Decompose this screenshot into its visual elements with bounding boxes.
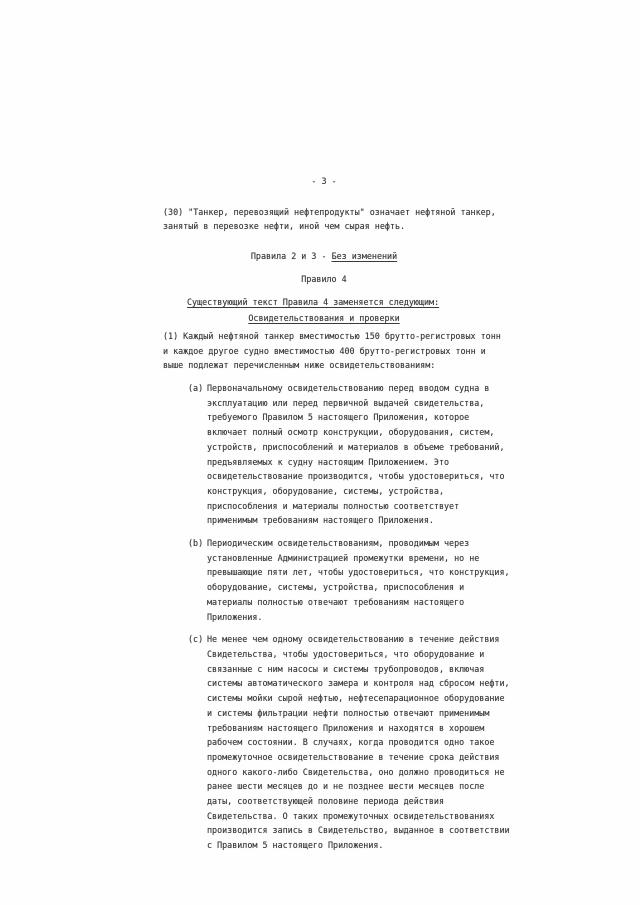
heading-rule-4: Правило 4 [163,272,485,287]
paragraph-definition-30: (30)"Танкер, перевозящий нефтепродукты" … [163,205,510,234]
paragraph-1-text: Каждый нефтяной танкер вместимостью 150 … [163,331,501,370]
heading-rules-2-3-no-changes: Без изменений [332,251,398,261]
subparagraph-a-text: Первоначальному освидетельствованию пере… [207,381,510,528]
subparagraph-c: (c) Не менее чем одному освидетельствова… [188,632,510,853]
page-number: - 3 - [163,174,485,189]
page-content: - 3 - (30)"Танкер, перевозящий нефтепрод… [163,0,510,853]
document-page: - 3 - (30)"Танкер, перевозящий нефтепрод… [0,0,640,905]
subparagraph-list: (a) Первоначальному освидетельствованию … [163,381,510,853]
section-title-surveys-inspections: Освидетельствования и проверки [163,311,485,326]
subparagraph-b-text: Периодическим освидетельствованиям, пров… [207,536,510,624]
subparagraph-a-label: (a) [188,381,207,528]
replacement-note: Существующий текст Правила 4 заменяется … [187,295,510,310]
paragraph-definition-30-label: (30) [163,207,183,217]
subparagraph-b-label: (b) [188,536,207,624]
subparagraph-a: (a) Первоначальному освидетельствованию … [188,381,510,528]
paragraph-1-label: (1) [163,331,178,341]
heading-rules-2-3-prefix: Правила 2 и 3 - [251,251,332,261]
heading-rules-2-3: Правила 2 и 3 - Без изменений [163,249,485,264]
paragraph-1: (1)Каждый нефтяной танкер вместимостью 1… [163,329,510,373]
subparagraph-c-text: Не менее чем одному освидетельствованию … [207,632,510,853]
subparagraph-b: (b) Периодическим освидетельствованиям, … [188,536,510,624]
paragraph-definition-30-text: "Танкер, перевозящий нефтепродукты" озна… [163,207,496,232]
subparagraph-c-label: (c) [188,632,207,853]
